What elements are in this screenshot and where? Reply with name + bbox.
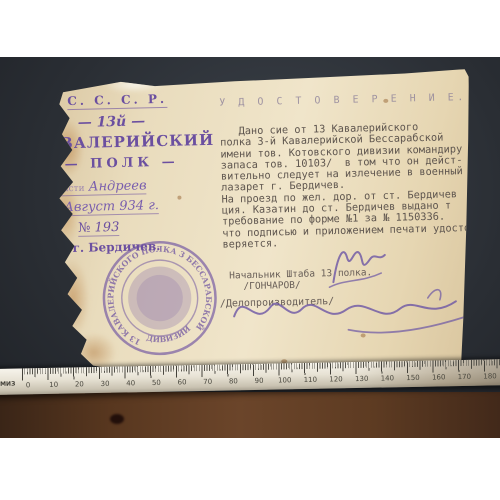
ruler-number: 60 xyxy=(178,378,187,386)
ruler-number: 20 xyxy=(75,380,84,388)
stamp-country: С. С. С. Р. xyxy=(67,92,167,110)
chief-title: Начальник Штаба 13 полка. xyxy=(229,267,372,281)
chief-name: /ГОНЧАРОВ/ xyxy=(243,280,300,292)
ruler-number: 140 xyxy=(381,374,395,382)
torn-edge-highlight xyxy=(105,76,165,93)
clerk-title: /Делопроизводитель/ xyxy=(220,296,335,310)
stamp-part-line: части Андреев xyxy=(57,178,147,196)
ruler-number: 120 xyxy=(329,375,343,383)
document-title: У Д О С Т О В Е Р Е Н И Е. xyxy=(219,92,467,109)
ruler-number: 30 xyxy=(101,380,110,388)
ruler-number: 170 xyxy=(458,373,472,381)
document-body: Дано сие от 13 Кавалерийскогополка 3-й К… xyxy=(220,121,477,251)
document-number: № 193 xyxy=(78,220,120,237)
ruler-number: 80 xyxy=(229,377,238,385)
ruler-number: 150 xyxy=(406,374,420,382)
ruler: МИЗ 010203040506070809010011012013014015… xyxy=(0,359,500,395)
photo-area: С. С. С. Р. — 13й — КАВАЛЕРИЙСКИЙ — ПОЛК… xyxy=(0,57,500,438)
stamp-regiment-name: КАВАЛЕРИЙСКИЙ xyxy=(32,131,214,153)
ruler-number: 160 xyxy=(432,373,446,381)
document-paper: С. С. С. Р. — 13й — КАВАЛЕРИЙСКИЙ — ПОЛК… xyxy=(25,69,476,373)
ruler-number: 40 xyxy=(126,379,135,387)
ruler-number: 50 xyxy=(152,379,161,387)
handwritten-date: 1 Август 934 г. xyxy=(51,198,159,216)
ruler-number: 130 xyxy=(355,375,369,383)
screenshot: С. С. С. Р. — 13й — КАВАЛЕРИЙСКИЙ — ПОЛК… xyxy=(0,0,500,500)
table-stain xyxy=(110,414,124,424)
ruler-number: 10 xyxy=(49,381,58,389)
ruler-number: 0 xyxy=(26,381,31,389)
ruler-number: 110 xyxy=(304,376,318,384)
handwritten-name: Андреев xyxy=(89,178,147,194)
wooden-table xyxy=(0,392,500,438)
ruler-number: 90 xyxy=(255,377,264,385)
round-seal-stamp: 13 КАВАЛЕРИЙСКОГО ПОЛКА 3 БЕССАРАБСКОЙ •… xyxy=(88,226,232,370)
ruler-number: 180 xyxy=(483,372,497,380)
stamp-regiment-number: — 13й — xyxy=(78,113,146,131)
ruler-brand: МИЗ xyxy=(0,381,15,388)
paper-stain xyxy=(55,258,91,339)
stamp-regiment-word: — ПОЛК — xyxy=(65,155,179,173)
ruler-number: 70 xyxy=(203,378,212,386)
foxing-dot xyxy=(361,333,366,337)
foxing-dot xyxy=(177,196,181,200)
ruler-number: 100 xyxy=(278,376,292,384)
